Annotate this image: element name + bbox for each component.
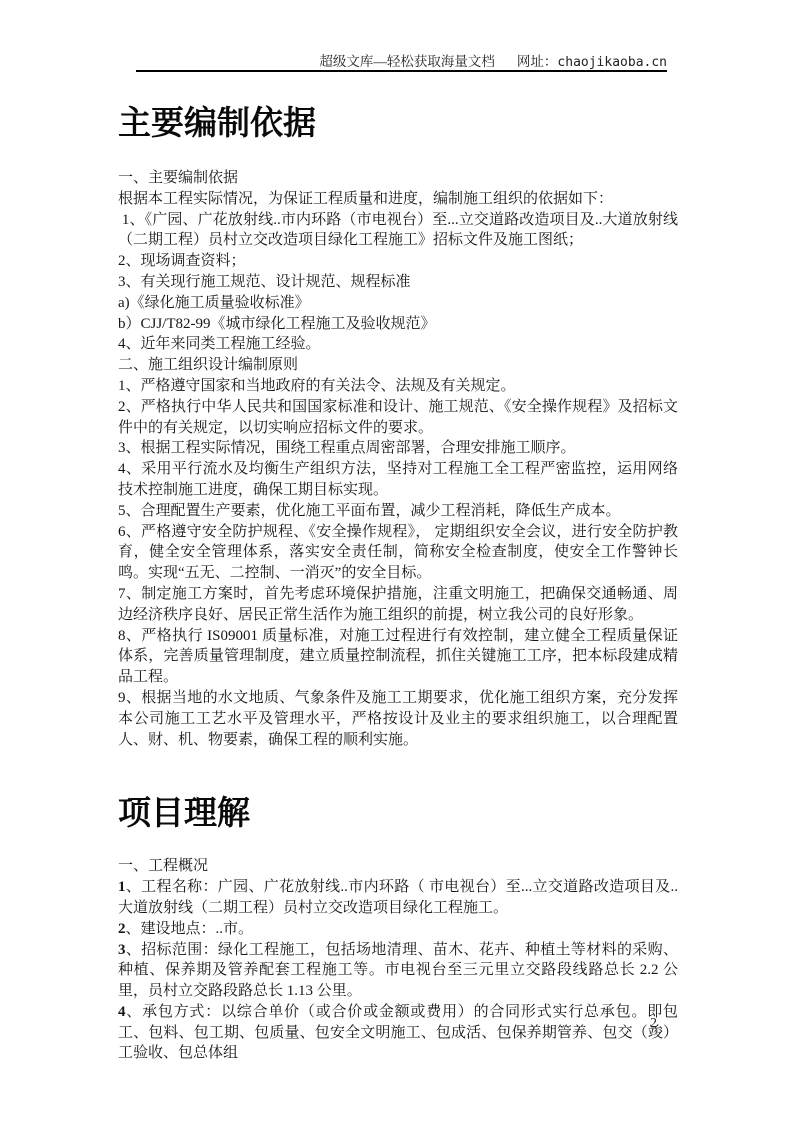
paragraph: 一、工程概况: [118, 856, 678, 877]
item-text: 、招标范围：绿化工程施工，包括场地清理、苗木、花卉、种植土等材料的采购、种植、保…: [118, 942, 678, 1000]
paragraph: 4、近年来同类工程施工经验。: [118, 334, 678, 355]
paragraph: 1、工程名称：广园、广花放射线..市内环路（ 市电视台）至...立交道路改造项目…: [118, 877, 678, 919]
paragraph: 二、施工组织设计编制原则: [118, 355, 678, 376]
paragraph: 6、严格遵守安全防护规程、《安全操作规程》， 定期组织安全会议，进行安全防护教育…: [118, 522, 678, 584]
paragraph: 1、严格遵守国家和当地政府的有关法令、法规及有关规定。: [118, 376, 678, 397]
document-page: 超级文库—轻松获取海量文档网址：chaojikaoba.cn 主要编制依据 一、…: [0, 0, 793, 1122]
page-number: 2: [650, 1016, 657, 1032]
document-content: 主要编制依据 一、主要编制依据 根据本工程实际情况，为保证工程质量和进度，编制施…: [118, 0, 678, 1064]
item-number: 1: [118, 879, 126, 895]
section-title-main-basis: 主要编制依据: [118, 104, 678, 144]
paragraph: 根据本工程实际情况，为保证工程质量和进度，编制施工组织的依据如下：: [118, 189, 678, 210]
paragraph: 4、承包方式：以综合单价（或合价或金额或费用）的合同形式实行总承包。即包工、包料…: [118, 1002, 678, 1064]
paragraph: 4、采用平行流水及均衡生产组织方法，坚持对工程施工全工程严密监控，运用网络技术控…: [118, 459, 678, 501]
section-title-project-understanding: 项目理解: [118, 794, 678, 834]
paragraph: 5、合理配置生产要素，优化施工平面布置，减少工程消耗，降低生产成本。: [118, 501, 678, 522]
paragraph: 3、招标范围：绿化工程施工，包括场地清理、苗木、花卉、种植土等材料的采购、种植、…: [118, 940, 678, 1002]
item-text: 、工程名称：广园、广花放射线..市内环路（ 市电视台）至...立交道路改造项目及…: [118, 879, 678, 916]
paragraph: a)《绿化施工质量验收标准》: [118, 293, 678, 314]
paragraph: 3、根据工程实际情况，围绕工程重点周密部署，合理安排施工顺序。: [118, 438, 678, 459]
paragraph: 2、建设地点：..市。: [118, 919, 678, 940]
paragraph: b）CJJ/T82-99《城市绿化工程施工及验收规范》: [118, 314, 678, 335]
item-number: 4: [118, 1004, 126, 1020]
paragraph: 3、有关现行施工规范、设计规范、规程标准: [118, 272, 678, 293]
item-number: 3: [118, 942, 126, 958]
paragraph: 7、制定施工方案时，首先考虑环境保护措施，注重文明施工，把确保交通畅通、周边经济…: [118, 584, 678, 626]
paragraph: 2、现场调查资料；: [118, 251, 678, 272]
paragraph: 一、主要编制依据: [118, 168, 678, 189]
item-number: 2: [118, 921, 126, 937]
item-text: 、承包方式：以综合单价（或合价或金额或费用）的合同形式实行总承包。即包工、包料、…: [118, 1004, 678, 1062]
paragraph: 1、《广园、广花放射线..市内环路（市电视台）至...立交道路改造项目及..大道…: [118, 210, 678, 252]
item-text: 、建设地点：..市。: [126, 921, 254, 937]
paragraph: 8、严格执行 IS09001 质量标准，对施工过程进行有效控制，建立健全工程质量…: [118, 626, 678, 688]
paragraph: 2、严格执行中华人民共和国国家标准和设计、施工规范、《安全操作规程》及招标文件中…: [118, 397, 678, 439]
paragraph: 9、根据当地的水文地质、气象条件及施工工期要求，优化施工组织方案，充分发挥本公司…: [118, 688, 678, 750]
